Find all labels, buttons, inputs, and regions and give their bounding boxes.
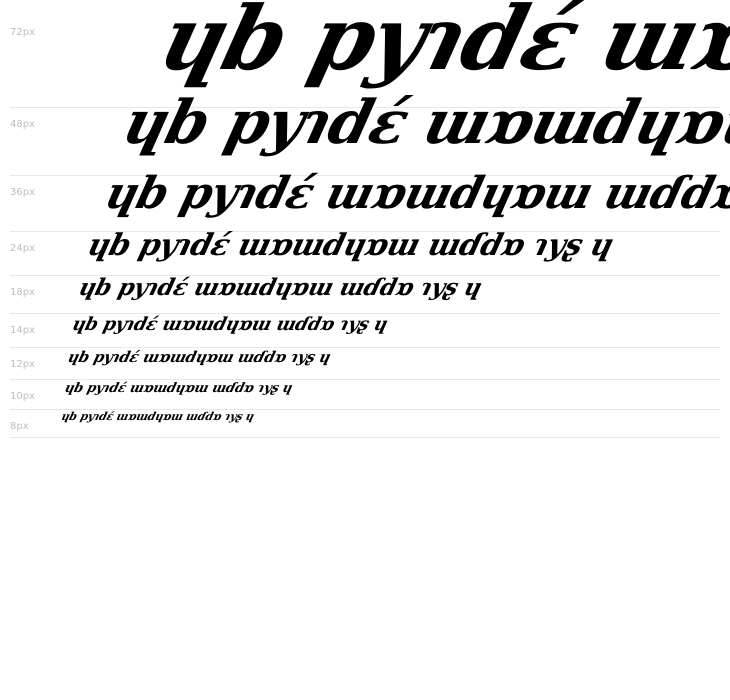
size-label-14: 14px bbox=[10, 325, 35, 336]
size-label-72: 72px bbox=[10, 27, 35, 38]
sample-text-8: ɥb pyɿdɛ́ ɯɒɯdɥɒɯ ɯɗdɒ ɿyʂ ɥ bbox=[60, 410, 255, 423]
size-label-8: 8px bbox=[10, 421, 29, 432]
sample-text-24: ɥb pyɿdɛ́ ɯɒɯdɥɒɯ ɯɗdɒ ɿyʂ ɥ bbox=[84, 228, 616, 263]
size-label-18: 18px bbox=[10, 287, 35, 298]
size-label-36: 36px bbox=[10, 187, 35, 198]
sample-text-14: ɥb pyɿdɛ́ ɯɒɯdɥɒɯ ɯɗdɒ ɿyʂ ɥ bbox=[70, 314, 389, 335]
size-label-48: 48px bbox=[10, 119, 35, 130]
size-label-24: 24px bbox=[10, 243, 35, 254]
sample-text-36: ɥb pyɿdɛ́ ɯɒɯdɥɒɯ ɯɗdɒ ɿyʂ ɥ bbox=[100, 168, 730, 219]
row-separator bbox=[10, 379, 720, 380]
sample-text-12: ɥb pyɿdɛ́ ɯɒɯdɥɒɯ ɯɗdɒ ɿyʂ ɥ bbox=[66, 348, 332, 366]
sample-text-10: ɥb pyɿdɛ́ ɯɒɯdɥɒɯ ɯɗdɒ ɿyʂ ɥ bbox=[63, 381, 294, 396]
sample-text-18: ɥb pyɿdɛ́ ɯɒɯdɥɒɯ ɯɗdɒ ɿyʂ ɥ bbox=[76, 274, 484, 301]
size-label-12: 12px bbox=[10, 359, 35, 370]
sample-text-48: ɥb pyɿdɛ́ ɯɒɯdɥɒɯ ɯɗdɒ ɿyʂ ɥ bbox=[116, 88, 730, 158]
sample-text-72: ɥb pyɿdɛ́ ɯɒɯdɥɒɯ ɯɗdɒ ɿyʂ ɥ bbox=[150, 0, 730, 90]
row-separator bbox=[10, 437, 720, 438]
size-label-10: 10px bbox=[10, 391, 35, 402]
